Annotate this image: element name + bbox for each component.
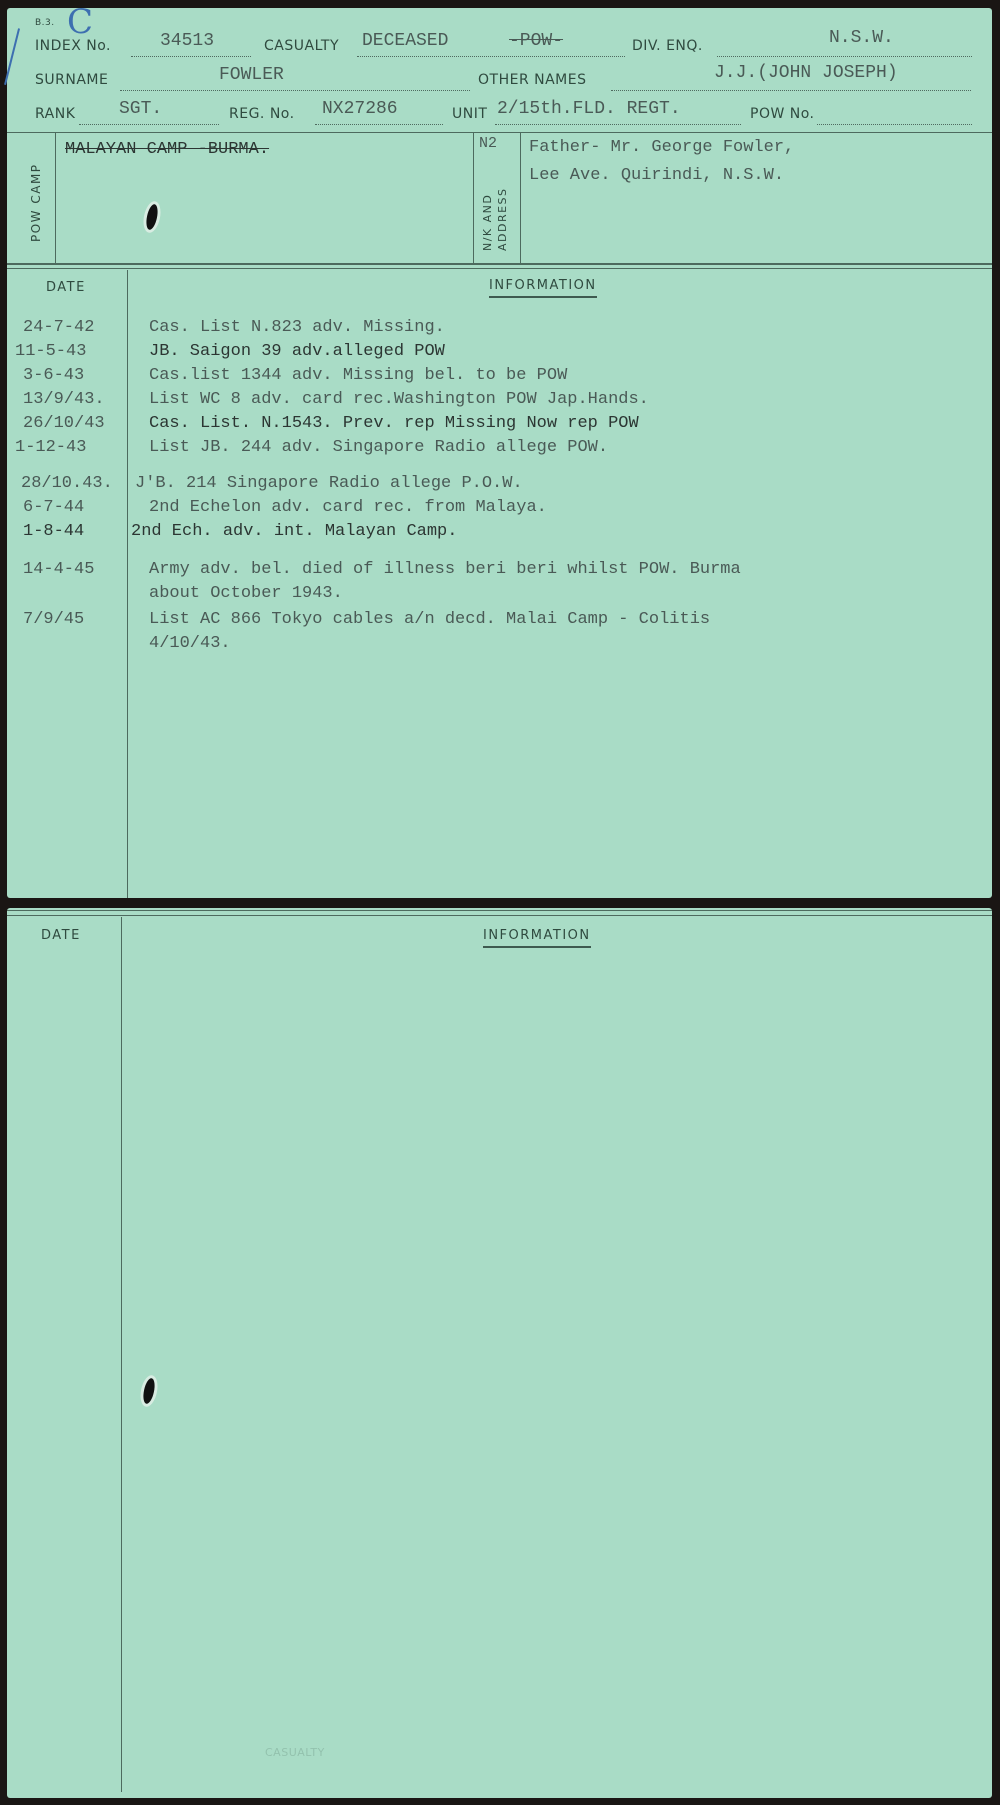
date-header: DATE <box>46 280 86 295</box>
div-enq-value: N.S.W. <box>829 28 894 48</box>
entry-date: 3-6-43 <box>23 366 84 385</box>
surname-label: SURNAME <box>35 72 108 88</box>
divider <box>7 268 992 269</box>
divider <box>473 132 474 264</box>
index-line <box>131 56 251 57</box>
pow-camp-label: POW CAMP <box>29 163 43 242</box>
entry-info: List WC 8 adv. card rec.Washington POW J… <box>149 390 649 409</box>
entry-date: 24-7-42 <box>23 318 94 337</box>
casualty-value: DECEASED <box>362 31 448 51</box>
divider <box>7 263 992 265</box>
pow-camp-value: MALAYAN CAMP -BURMA. <box>65 140 269 159</box>
other-names-line <box>611 90 971 91</box>
divider <box>55 132 56 264</box>
div-enq-line <box>717 56 972 57</box>
unit-value: 2/15th.FLD. REGT. <box>497 99 681 119</box>
nok-label-2: ADDRESS <box>496 187 509 251</box>
entry-info-continued: 4/10/43. <box>149 634 231 653</box>
unit-label: UNIT <box>452 106 487 122</box>
nok-line-2: Lee Ave. Quirindi, N.S.W. <box>529 166 784 185</box>
punch-hole <box>144 203 159 231</box>
other-names-label: OTHER NAMES <box>478 72 586 88</box>
index-label: INDEX No. <box>35 38 111 54</box>
pen-stroke <box>4 28 23 85</box>
casualty-label: CASUALTY <box>264 38 339 54</box>
surname-line <box>120 90 470 91</box>
entry-date: 1-12-43 <box>15 438 86 457</box>
rank-line <box>79 124 219 125</box>
entry-date: 6-7-44 <box>23 498 84 517</box>
entry-date: 28/10.43. <box>21 474 113 493</box>
reg-no-value: NX27286 <box>322 99 398 119</box>
rank-label: RANK <box>35 106 75 122</box>
index-value: 34513 <box>160 31 214 51</box>
entry-info-continued: about October 1943. <box>149 584 343 603</box>
entry-date: 14-4-45 <box>23 560 94 579</box>
entry-info: Cas.list 1344 adv. Missing bel. to be PO… <box>149 366 567 385</box>
other-names-value: J.J.(JOHN JOSEPH) <box>714 63 898 83</box>
divider <box>520 132 521 264</box>
entry-info: Cas. List. N.1543. Prev. rep Missing Now… <box>149 414 639 433</box>
entry-info: J'B. 214 Singapore Radio allege P.O.W. <box>135 474 523 493</box>
entry-date: 11-5-43 <box>15 342 86 361</box>
entry-date: 26/10/43 <box>23 414 105 433</box>
div-enq-label: DIV. ENQ. <box>632 38 703 54</box>
information-header: INFORMATION <box>489 278 597 298</box>
unit-line <box>495 124 741 125</box>
rank-value: SGT. <box>119 99 162 119</box>
date-column-divider <box>127 270 128 898</box>
entry-info: List JB. 244 adv. Singapore Radio allege… <box>149 438 608 457</box>
pow-no-line <box>817 124 972 125</box>
reg-no-line <box>315 124 443 125</box>
nok-label-1: N/K AND <box>481 194 494 251</box>
divider <box>7 910 992 911</box>
punch-hole <box>141 1377 156 1405</box>
divider <box>7 915 992 916</box>
casualty-card-front: B.3. C INDEX No. 34513 CASUALTY DECEASED… <box>7 8 992 898</box>
entry-info: Cas. List N.823 adv. Missing. <box>149 318 445 337</box>
information-header: INFORMATION <box>483 928 591 948</box>
nok-line-1: Father- Mr. George Fowler, <box>529 138 794 157</box>
entry-info: JB. Saigon 39 adv.alleged POW <box>149 342 445 361</box>
entry-date: 1-8-44 <box>23 522 84 541</box>
casualty-struck-value: -POW- <box>509 31 563 51</box>
entry-info: List AC 866 Tokyo cables a/n decd. Malai… <box>149 610 710 629</box>
nok-relation-code: N2 <box>479 135 497 152</box>
reg-no-label: REG. No. <box>229 106 295 122</box>
entry-date: 13/9/43. <box>23 390 105 409</box>
entry-info: Army adv. bel. died of illness beri beri… <box>149 560 741 579</box>
pen-mark: C <box>67 2 93 42</box>
faint-stamp: CASUALTY <box>265 1746 325 1759</box>
surname-value: FOWLER <box>219 65 284 85</box>
casualty-card-back: DATE INFORMATION CASUALTY <box>7 908 992 1798</box>
form-code: B.3. <box>35 18 55 28</box>
pow-no-label: POW No. <box>750 106 815 122</box>
entry-info: 2nd Echelon adv. card rec. from Malaya. <box>149 498 547 517</box>
entry-date: 7/9/45 <box>23 610 84 629</box>
casualty-line <box>357 56 625 57</box>
divider <box>7 132 992 133</box>
entry-info: 2nd Ech. adv. int. Malayan Camp. <box>131 522 457 541</box>
date-column-divider <box>121 917 122 1792</box>
date-header: DATE <box>41 928 81 943</box>
